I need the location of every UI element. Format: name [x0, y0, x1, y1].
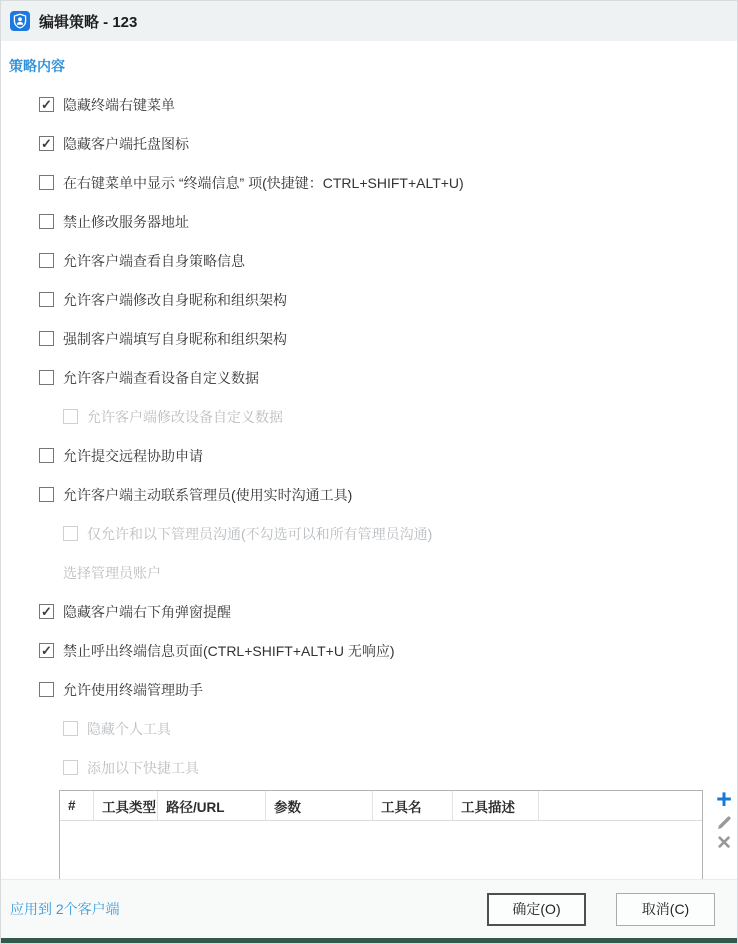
checkbox-label: 强制客户端填写自身昵称和组织架构 [63, 329, 287, 349]
checkbox-unchecked[interactable] [39, 370, 54, 385]
checkbox-unchecked[interactable] [39, 487, 54, 502]
checkbox-unchecked [63, 760, 78, 775]
checkbox-row: 在右键菜单中显示 “终端信息” 项(快捷键：CTRL+SHIFT+ALT+U) [39, 163, 737, 202]
checkbox-unchecked[interactable] [39, 214, 54, 229]
checkbox-row: 允许客户端修改设备自定义数据 [63, 397, 737, 436]
checkbox-unchecked[interactable] [39, 682, 54, 697]
checkbox-row: 强制客户端填写自身昵称和组织架构 [39, 319, 737, 358]
shortcut-tools-area: #工具类型路径/URL参数工具名工具描述 + ✕ [59, 790, 737, 882]
tool-table-actions: + ✕ [711, 787, 737, 853]
tool-table-header-1: 工具类型 [94, 791, 158, 820]
dialog-title: 编辑策略 - 123 [39, 11, 137, 32]
select-admin-link-row: 选择管理员账户 [63, 553, 737, 592]
checkbox-row: 隐藏个人工具 [63, 709, 737, 748]
checkbox-label: 隐藏终端右键菜单 [63, 95, 175, 115]
checkbox-label: 允许客户端查看设备自定义数据 [63, 368, 259, 388]
checkbox-label: 允许客户端主动联系管理员(使用实时沟通工具) [63, 485, 352, 505]
checkbox-row: 添加以下快捷工具 [63, 748, 737, 787]
pencil-icon[interactable] [716, 814, 733, 831]
checkbox-checked[interactable]: ✓ [39, 604, 54, 619]
checkbox-row: 仅允许和以下管理员沟通(不勾选可以和所有管理员沟通) [63, 514, 737, 553]
checkbox-row: 允许提交远程协助申请 [39, 436, 737, 475]
checkbox-label: 允许客户端修改设备自定义数据 [87, 407, 283, 427]
checkbox-list: ✓隐藏终端右键菜单✓隐藏客户端托盘图标在右键菜单中显示 “终端信息” 项(快捷键… [39, 85, 737, 787]
checkbox-unchecked[interactable] [39, 175, 54, 190]
checkbox-unchecked[interactable] [39, 253, 54, 268]
section-title: 策略内容 [9, 56, 737, 76]
checkbox-row: 允许客户端主动联系管理员(使用实时沟通工具) [39, 475, 737, 514]
checkbox-label: 允许客户端查看自身策略信息 [63, 251, 245, 271]
select-admin-link: 选择管理员账户 [63, 563, 161, 583]
tool-table-body [60, 821, 702, 881]
checkbox-label: 允许提交远程协助申请 [63, 446, 203, 466]
checkbox-label: 禁止呼出终端信息页面(CTRL+SHIFT+ALT+U 无响应) [63, 641, 395, 661]
add-tool-icon[interactable]: + [716, 787, 732, 811]
checkbox-label: 隐藏客户端托盘图标 [63, 134, 189, 154]
checkbox-label: 隐藏个人工具 [87, 719, 171, 739]
tool-table-header-4: 工具名 [373, 791, 453, 820]
checkbox-row: ✓隐藏终端右键菜单 [39, 85, 737, 124]
edit-policy-dialog: 编辑策略 - 123 策略内容 ✓隐藏终端右键菜单✓隐藏客户端托盘图标在右键菜单… [0, 0, 738, 944]
apply-to-clients-link[interactable]: 应用到 2个客户端 [10, 899, 120, 919]
tool-table-header-0: # [60, 791, 94, 820]
tool-table-header-row: #工具类型路径/URL参数工具名工具描述 [60, 791, 702, 821]
footer-buttons: 确定(O) 取消(C) [487, 893, 715, 926]
checkbox-unchecked[interactable] [39, 292, 54, 307]
shield-person-icon [10, 11, 30, 31]
checkbox-row: ✓隐藏客户端右下角弹窗提醒 [39, 592, 737, 631]
checkbox-unchecked[interactable] [39, 331, 54, 346]
dialog-titlebar: 编辑策略 - 123 [1, 1, 737, 41]
checkbox-row: 允许客户端修改自身昵称和组织架构 [39, 280, 737, 319]
checkbox-label: 隐藏客户端右下角弹窗提醒 [63, 602, 231, 622]
checkbox-label: 添加以下快捷工具 [87, 758, 199, 778]
checkbox-label: 允许客户端修改自身昵称和组织架构 [63, 290, 287, 310]
dialog-footer: 应用到 2个客户端 确定(O) 取消(C) [1, 879, 737, 938]
checkbox-row: ✓禁止呼出终端信息页面(CTRL+SHIFT+ALT+U 无响应) [39, 631, 737, 670]
checkbox-unchecked [63, 526, 78, 541]
checkbox-unchecked[interactable] [39, 448, 54, 463]
delete-tool-icon[interactable]: ✕ [716, 834, 732, 853]
checkbox-row: 允许客户端查看设备自定义数据 [39, 358, 737, 397]
ok-button[interactable]: 确定(O) [487, 893, 586, 926]
checkbox-unchecked [63, 721, 78, 736]
checkbox-checked[interactable]: ✓ [39, 136, 54, 151]
checkbox-row: 允许使用终端管理助手 [39, 670, 737, 709]
tool-table-header-5: 工具描述 [453, 791, 539, 820]
tool-table-header-2: 路径/URL [158, 791, 266, 820]
checkbox-checked[interactable]: ✓ [39, 97, 54, 112]
checkbox-label: 在右键菜单中显示 “终端信息” 项(快捷键：CTRL+SHIFT+ALT+U) [63, 173, 464, 193]
cancel-button[interactable]: 取消(C) [616, 893, 715, 926]
checkbox-row: 允许客户端查看自身策略信息 [39, 241, 737, 280]
checkbox-row: 禁止修改服务器地址 [39, 202, 737, 241]
bottom-accent-bar [1, 938, 737, 943]
tool-table: #工具类型路径/URL参数工具名工具描述 [59, 790, 703, 882]
tool-table-header-3: 参数 [266, 791, 373, 820]
checkbox-label: 允许使用终端管理助手 [63, 680, 203, 700]
checkbox-unchecked [63, 409, 78, 424]
checkbox-checked[interactable]: ✓ [39, 643, 54, 658]
checkbox-label: 禁止修改服务器地址 [63, 212, 189, 232]
checkbox-row: ✓隐藏客户端托盘图标 [39, 124, 737, 163]
checkbox-label: 仅允许和以下管理员沟通(不勾选可以和所有管理员沟通) [87, 524, 432, 544]
